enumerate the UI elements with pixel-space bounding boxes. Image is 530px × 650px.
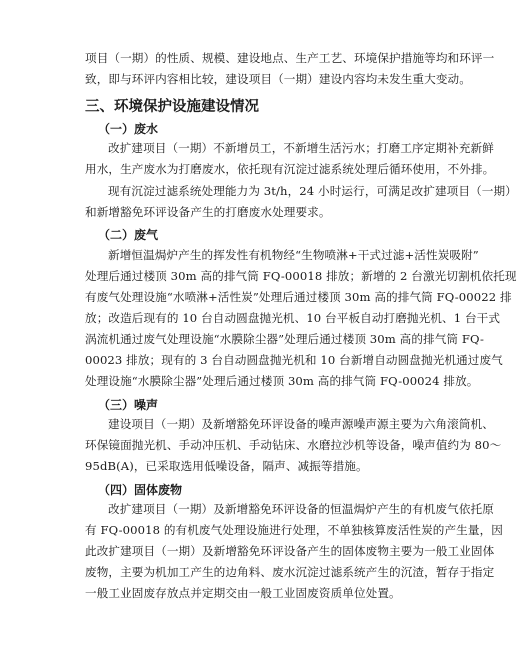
solid-waste-line-5: 一般工业固废存放点并定期交由一般工业固废资质单位处置。 [85,586,445,600]
intro-line-2: 致，即与环评内容相比较，建设项目（一期）建设内容均未发生重大变动。 [85,72,445,86]
exhaust-line-5: 涡流机通过废气处理设施“水膜除尘器”处理后通过楼顶 30m 高的排气筒 FQ- [85,332,445,346]
noise-heading: （三）噪声 [98,396,158,413]
wastewater-line-1: 改扩建项目（一期）不新增员工，不新增生活污水；打磨工序定期补充新鲜 [108,141,445,155]
solid-waste-line-1: 改扩建项目（一期）及新增豁免环评设备的恒温焗炉产生的有机废气依托原 [108,502,445,516]
document-page: 项目（一期）的性质、规模、建设地点、生产工艺、环境保护措施等均和环评一 致，即与… [0,0,530,650]
exhaust-heading: （二）废气 [98,226,158,243]
wastewater-line-3: 现有沉淀过滤系统处理能力为 3t/h，24 小时运行，可满足改扩建项目（一期） [108,184,445,198]
exhaust-line-6: 00023 排放；现有的 3 台自动圆盘抛光机和 10 台新增自动圆盘抛光机通过… [85,353,445,367]
exhaust-line-2: 处理后通过楼顶 30m 高的排气筒 FQ-00018 排放；新增的 2 台激光切… [85,269,445,283]
solid-waste-line-2: 有 FQ-00018 的有机废气处理设施进行处理，不单独核算废活性炭的产生量，因 [85,523,445,537]
wastewater-line-4: 和新增豁免环评设备产生的打磨废水处理要求。 [85,205,445,219]
solid-waste-line-3: 此改扩建项目（一期）及新增豁免环评设备产生的固体废物主要为一般工业固体 [85,544,445,558]
intro-line-1: 项目（一期）的性质、规模、建设地点、生产工艺、环境保护措施等均和环评一 [85,51,445,65]
solid-waste-heading: （四）固体废物 [98,481,182,498]
noise-line-1: 建设项目（一期）及新增豁免环评设备的噪声源噪声源主要为六角滚筒机、 [108,417,445,431]
section3-title: 三、环境保护设施建设情况 [85,95,259,116]
wastewater-heading: （一）废水 [98,120,158,137]
solid-waste-line-4: 废物，主要为机加工产生的边角料、废水沉淀过滤系统产生的沉渣，暂存于指定 [85,565,445,579]
exhaust-line-7: 处理设施“水膜除尘器”处理后通过楼顶 30m 高的排气筒 FQ-00024 排放… [85,374,445,388]
noise-line-2: 环保镜面抛光机、手动冲压机、手动钻床、水磨拉沙机等设备，噪声值约为 80～ [85,438,445,452]
wastewater-line-2: 用水，生产废水为打磨废水，依托现有沉淀过滤系统处理后循环使用，不外排。 [85,162,445,176]
exhaust-line-3: 有废气处理设施“水喷淋+活性炭”处理后通过楼顶 30m 高的排气筒 FQ-000… [85,290,445,304]
exhaust-line-4: 放；改造后现有的 10 台自动圆盘抛光机、10 台平板自动打磨抛光机、1 台干式 [85,311,445,325]
exhaust-line-1: 新增恒温焗炉产生的挥发性有机物经“生物喷淋+干式过滤+活性炭吸附” [108,248,445,262]
noise-line-3: 95dB(A)，已采取选用低噪设备，隔声、减振等措施。 [85,459,445,473]
